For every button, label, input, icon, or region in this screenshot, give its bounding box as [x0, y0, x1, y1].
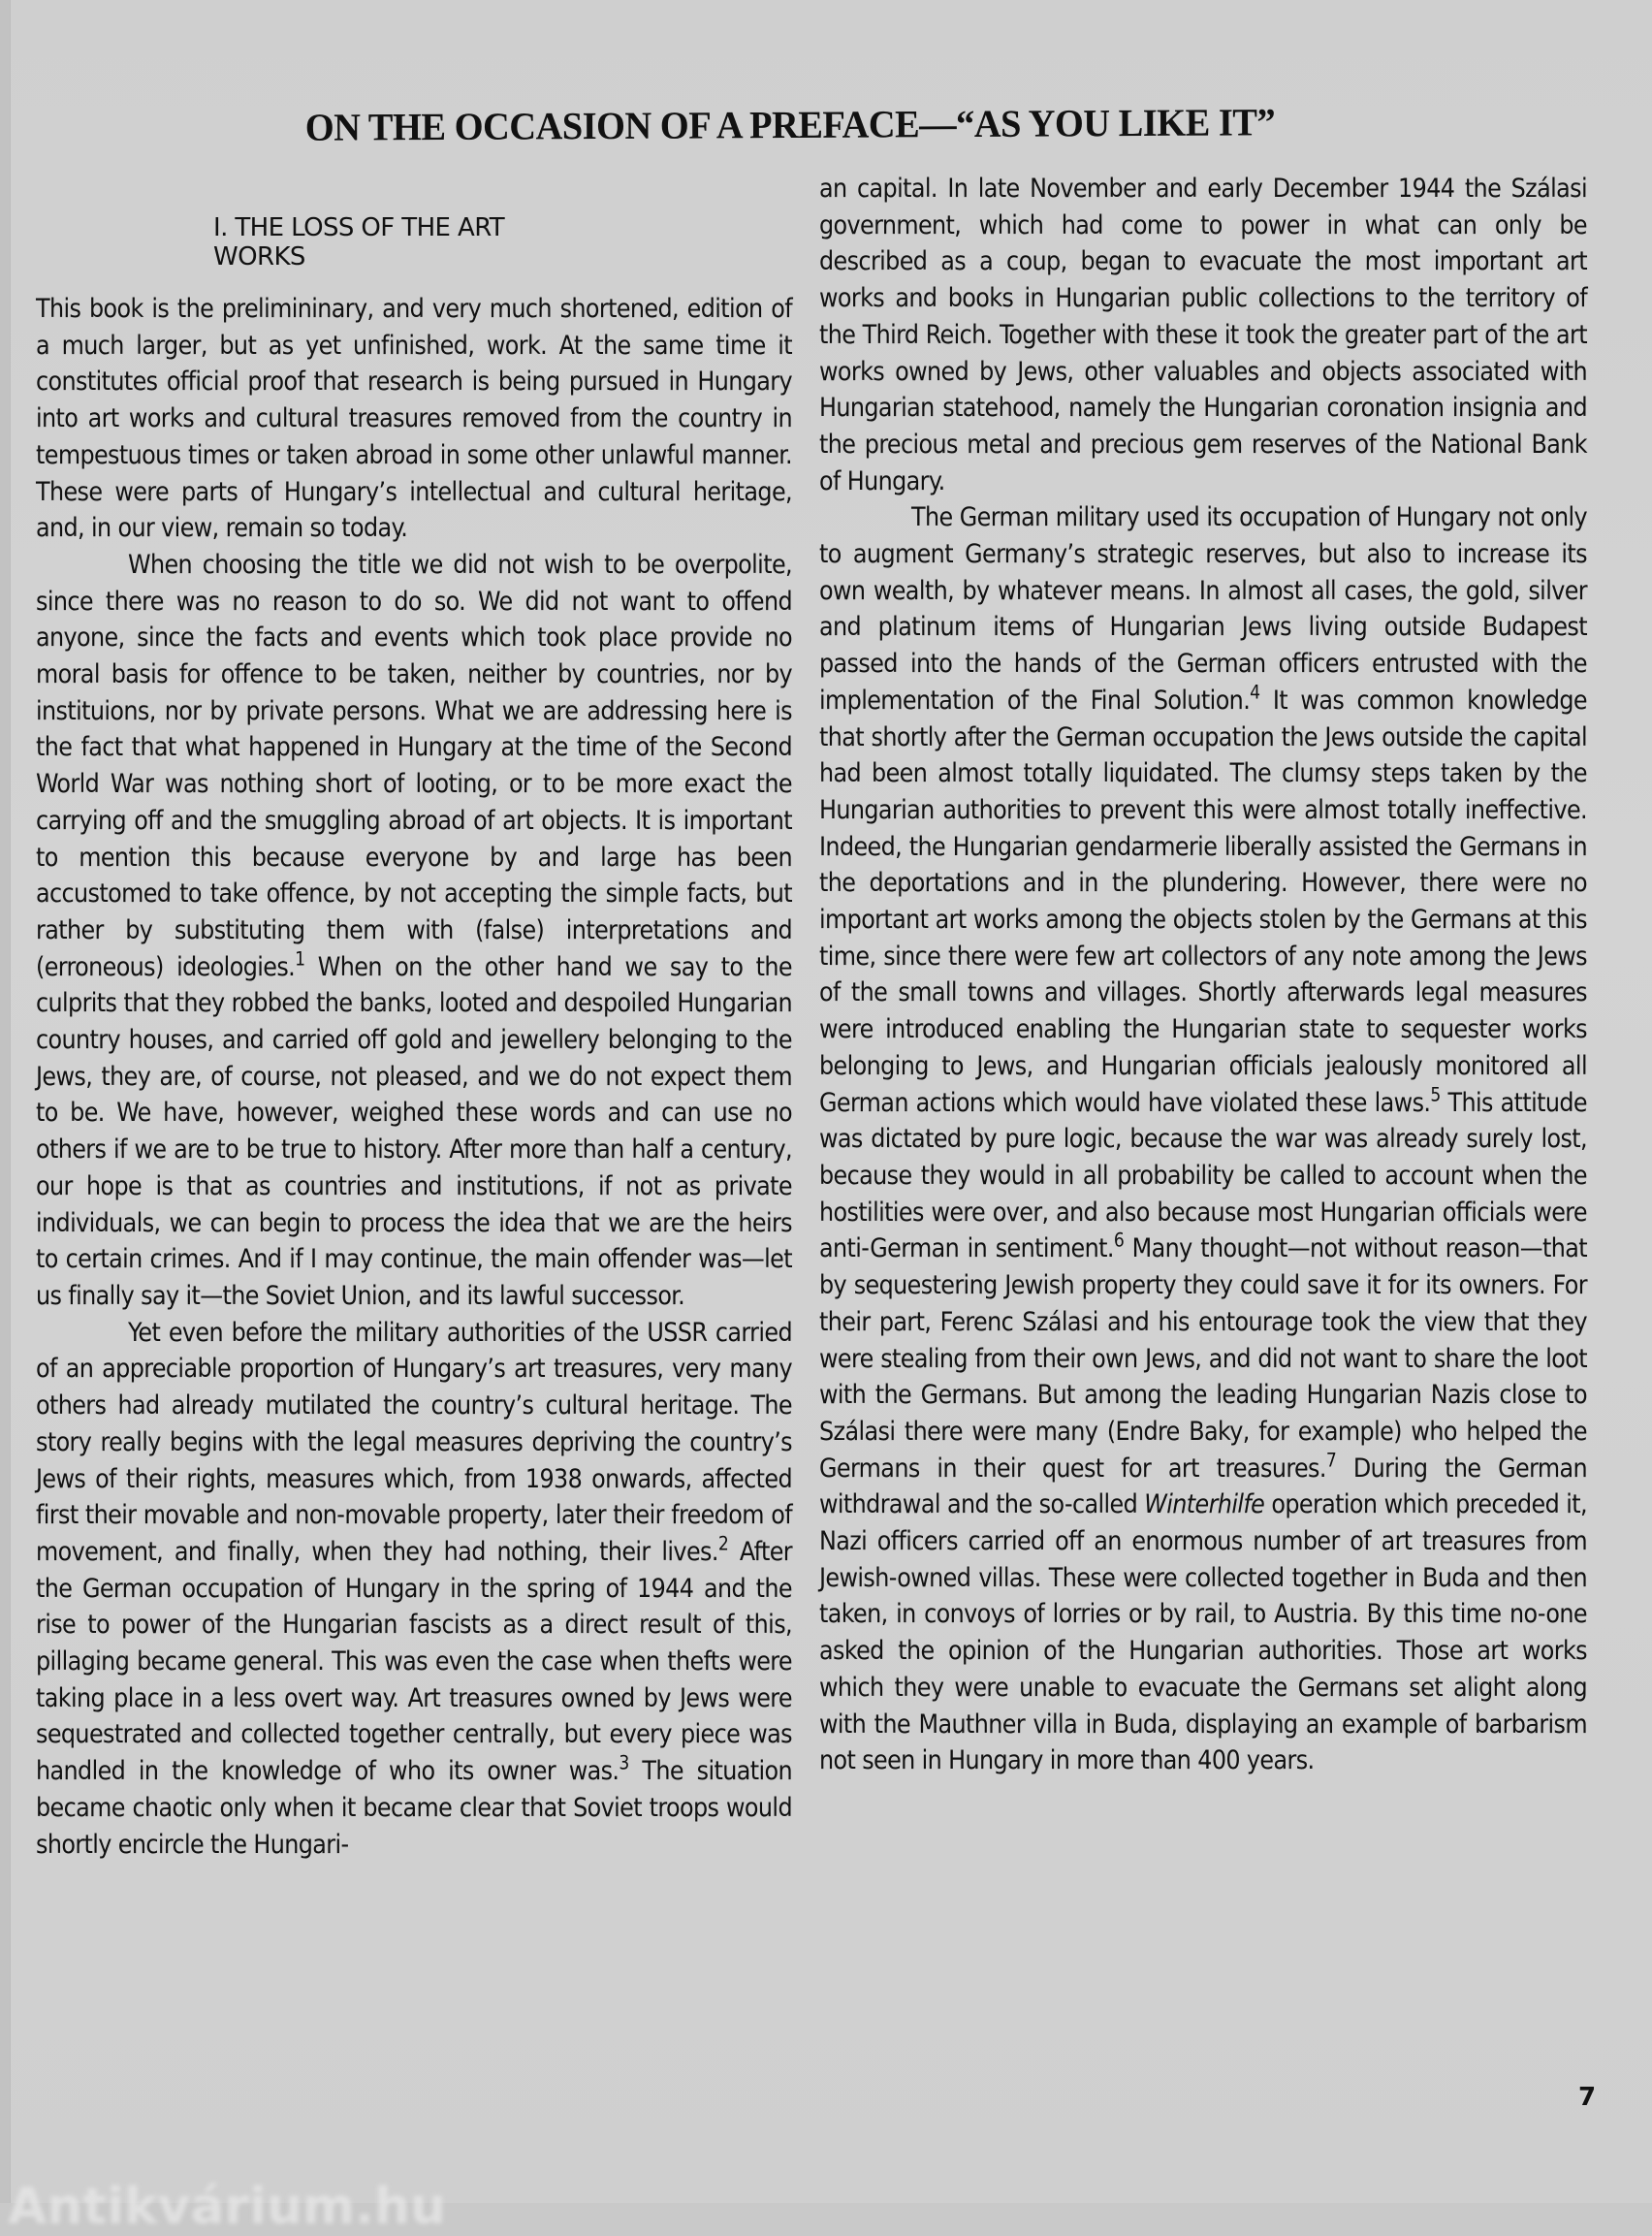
- paragraph: an capital. In late November and early D…: [819, 171, 1587, 499]
- footnote-ref[interactable]: 4: [1250, 682, 1259, 703]
- footnote-ref[interactable]: 7: [1326, 1450, 1336, 1471]
- paragraph: When choosing the title we did not wish …: [36, 547, 792, 1315]
- chapter-title: ON THE OCCASION OF A PREFACE—“AS YOU LIK…: [264, 99, 1316, 150]
- italic-term: Winterhilfe: [1144, 1489, 1264, 1519]
- paragraph: This book is the prelimininary, and very…: [36, 291, 792, 547]
- paragraph: Yet even before the military authorities…: [36, 1315, 792, 1864]
- left-text-column: This book is the prelimininary, and very…: [36, 291, 792, 1863]
- footnote-ref[interactable]: 3: [619, 1753, 628, 1774]
- footnote-ref[interactable]: 6: [1114, 1230, 1124, 1252]
- footnote-ref[interactable]: 1: [295, 948, 304, 970]
- page-gutter-edge: [0, 0, 11, 2203]
- section-heading: I. THE LOSS OF THE ART WORKS: [213, 213, 601, 272]
- page-number: 7: [1578, 2083, 1596, 2112]
- footnote-ref[interactable]: 2: [718, 1533, 728, 1554]
- book-page: ON THE OCCASION OF A PREFACE—“AS YOU LIK…: [0, 0, 1652, 2203]
- paragraph: The German military used its occupation …: [819, 499, 1587, 1779]
- right-text-column: an capital. In late November and early D…: [819, 171, 1587, 1779]
- watermark: Antikvárium.hu: [8, 2178, 446, 2203]
- footnote-ref[interactable]: 5: [1430, 1084, 1440, 1105]
